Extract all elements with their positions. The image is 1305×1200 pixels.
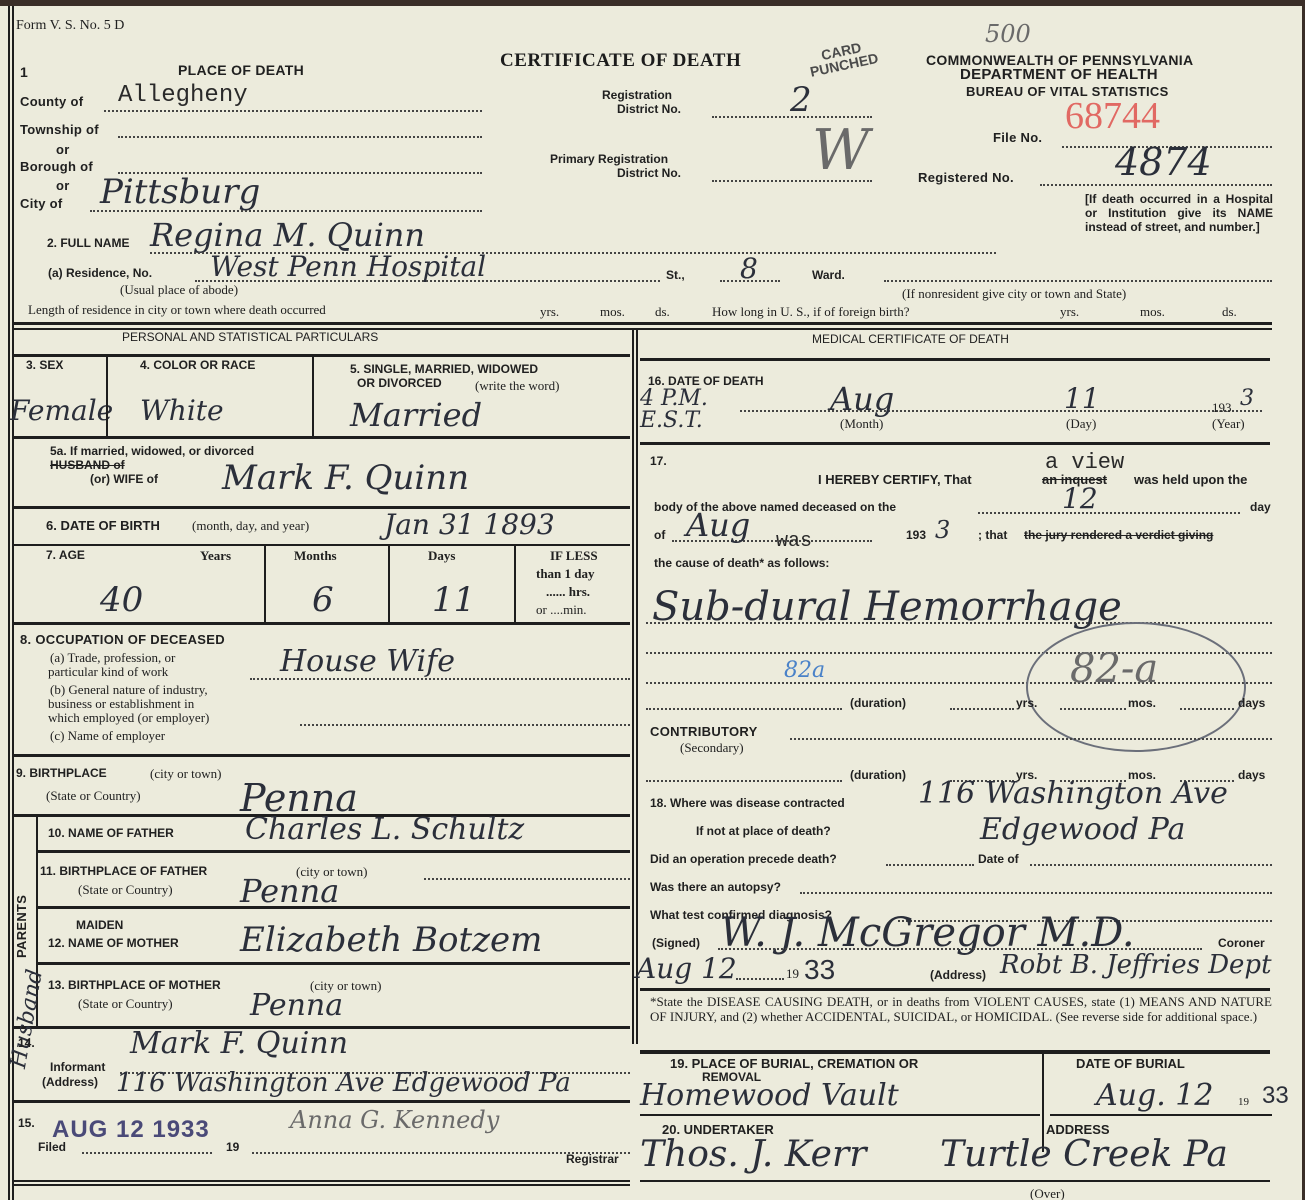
age-years-value: 40	[100, 580, 143, 620]
undertaker-value: Thos. J. Kerr	[640, 1134, 866, 1175]
mos-label: mos.	[1140, 304, 1165, 320]
cause-code-blue: 82a	[784, 658, 825, 683]
yrs-dots	[950, 708, 1014, 710]
mother-name-value: Elizabeth Botzem	[240, 920, 542, 960]
medical-heading: MEDICAL CERTIFICATE OF DEATH	[812, 332, 1009, 346]
time-of-death-value: 4 P.M. E.S.T.	[640, 388, 730, 432]
date-of-death-dots	[740, 410, 1262, 412]
days-label: days	[1238, 768, 1265, 782]
cause-of-death-label: the cause of death* as follows:	[654, 556, 829, 570]
county-value: Allegheny	[118, 82, 248, 109]
row-divider	[38, 962, 630, 965]
certify-number: 17.	[650, 454, 667, 468]
autopsy-dots	[800, 892, 1272, 894]
less-label-3: ...... hrs.	[546, 584, 590, 600]
occupation-label: 8. OCCUPATION OF DECEASED	[20, 632, 225, 647]
mother-birthplace-label: 13. BIRTHPLACE OF MOTHER	[48, 978, 221, 992]
registration-district-value: 2	[790, 80, 812, 120]
certify-that: ; that	[978, 528, 1007, 542]
personal-heading-rule	[12, 354, 630, 357]
parents-side-label: PARENTS	[14, 895, 29, 958]
race-value: White	[140, 394, 224, 427]
registrar-signature: Anna G. Kennedy	[290, 1106, 499, 1134]
usual-abode-note: (Usual place of abode)	[120, 282, 238, 298]
disease-contracted-value-2: Edgewood Pa	[980, 812, 1185, 847]
residence-value: West Penn Hospital	[210, 250, 486, 283]
filed-dots	[82, 1152, 212, 1154]
signed-year-prefix: 19	[786, 966, 799, 982]
occupation-a-label-2: particular kind of work	[48, 664, 168, 680]
col-divider	[312, 356, 314, 436]
contributory-label: CONTRIBUTORY	[650, 724, 758, 739]
disease-contracted-label: 18. Where was disease contracted	[650, 796, 845, 810]
dob-sub-label: (month, day, and year)	[192, 518, 309, 534]
primary-registration-label-2: District No.	[617, 166, 681, 180]
death-year-value: 3	[1240, 386, 1254, 411]
city-label: City of	[20, 196, 63, 211]
length-of-residence-label: Length of residence in city or town wher…	[28, 302, 326, 318]
col-divider	[106, 356, 108, 436]
operation-date-label: Date of	[978, 852, 1019, 866]
signed-date-value: Aug 12	[636, 952, 737, 985]
secondary-label: (Secondary)	[680, 740, 744, 756]
month-label: (Month)	[840, 416, 883, 432]
column-divider-2	[636, 328, 638, 1044]
operation-label: Did an operation precede death?	[650, 852, 837, 866]
birthplace-sub-2: (State or Country)	[46, 788, 141, 804]
days-dots	[1180, 708, 1234, 710]
registered-no-value: 4874	[1115, 140, 1212, 184]
age-label: 7. AGE	[46, 548, 85, 562]
dob-label: 6. DATE OF BIRTH	[46, 518, 160, 533]
filed-number: 15.	[18, 1116, 35, 1130]
occupation-c-label: (c) Name of employer	[50, 728, 165, 744]
burial-year-prefix: 19	[1238, 1096, 1249, 1108]
contributory-dots	[790, 738, 1272, 740]
left-border	[8, 6, 10, 1200]
file-number-stamp: 68744	[1065, 94, 1160, 138]
spouse-label: 5a. If married, widowed, or divorced	[50, 444, 254, 458]
township-label: Township of	[20, 122, 99, 137]
yrs-label: yrs.	[1016, 696, 1037, 710]
row-divider	[640, 442, 1270, 445]
county-label: County of	[20, 94, 83, 109]
less-label: IF LESS	[550, 548, 598, 564]
certificate-title: CERTIFICATE OF DEATH	[500, 50, 741, 72]
duration-label: (duration)	[850, 696, 906, 710]
registration-district-label: Registration	[602, 88, 672, 102]
row-divider	[12, 1180, 630, 1182]
township-dots	[118, 136, 482, 138]
employer-dots	[300, 724, 630, 726]
disease-contracted-value: 116 Washington Ave	[918, 776, 1228, 811]
ds-label: ds.	[1222, 304, 1237, 320]
yrs-label: yrs.	[1060, 304, 1079, 320]
not-at-place-label: If not at place of death?	[696, 824, 831, 838]
primary-registration-value: W	[812, 118, 870, 183]
father-name-value: Charles L. Schultz	[245, 812, 524, 847]
personal-heading: PERSONAL AND STATISTICAL PARTICULARS	[122, 330, 378, 344]
row-divider	[12, 544, 630, 546]
residence-label: (a) Residence, No.	[48, 266, 152, 280]
row-divider	[38, 906, 630, 909]
father-name-label: 10. NAME OF FATHER	[48, 826, 174, 840]
ward-dots	[720, 280, 780, 282]
nonresident-note: (If nonresident give city or town and St…	[902, 286, 1126, 302]
occupation-value: House Wife	[280, 644, 455, 679]
death-year-prefix: 193	[1212, 400, 1232, 416]
burial-divider	[640, 1050, 1270, 1054]
row-divider	[38, 850, 630, 853]
birthplace-sub: (city or town)	[150, 766, 221, 782]
col-divider	[514, 546, 516, 622]
days-label: Days	[428, 548, 455, 564]
file-no-label: File No.	[993, 130, 1042, 145]
or-text: or	[56, 142, 70, 157]
certify-year-prefix: 193	[906, 528, 926, 542]
over-label: (Over)	[1030, 1186, 1065, 1200]
death-month-value: Aug	[830, 380, 894, 418]
age-days-value: 11	[432, 580, 475, 620]
certify-year-value: 3	[935, 516, 950, 544]
autopsy-label: Was there an autopsy?	[650, 880, 781, 894]
less-label-4: or ....min.	[536, 602, 587, 618]
burial-place-label: 19. PLACE OF BURIAL, CREMATION OR	[670, 1056, 918, 1071]
row-divider	[12, 754, 630, 757]
residence-dots	[195, 280, 660, 282]
informant-address-label: (Address)	[42, 1075, 98, 1089]
less-label-2: than 1 day	[536, 566, 595, 582]
mother-birthplace-value: Penna	[250, 988, 343, 1023]
race-label: 4. COLOR OR RACE	[140, 358, 255, 372]
signed-label: (Signed)	[652, 936, 700, 950]
city-value: Pittsburg	[100, 172, 260, 212]
birthplace-label: 9. BIRTHPLACE	[16, 766, 107, 780]
nonresident-dots	[884, 280, 1272, 282]
pencil-note: 500	[985, 20, 1031, 48]
operation-date-dots	[1030, 864, 1272, 866]
row-divider	[12, 622, 630, 625]
marital-label-2: OR DIVORCED	[357, 376, 442, 390]
col-divider	[264, 546, 266, 622]
years-label: Years	[200, 548, 231, 564]
full-name-value: Regina M. Quinn	[150, 216, 425, 254]
duration-dots	[646, 780, 842, 782]
dob-value: Jan 31 1893	[384, 508, 555, 541]
occupation-dots	[250, 678, 630, 680]
duration-label: (duration)	[850, 768, 906, 782]
undertaker-address-value: Turtle Creek Pa	[940, 1134, 1228, 1175]
ds-label: ds.	[655, 304, 670, 320]
death-day-value: 11	[1064, 382, 1100, 415]
certify-insert-was: was	[776, 530, 812, 553]
informant-label: Informant	[50, 1060, 105, 1074]
year-label: (Year)	[1212, 416, 1245, 432]
form-number: Form V. S. No. 5 D	[16, 18, 124, 34]
father-birthplace-dots	[424, 878, 630, 880]
filed-year-prefix: 19	[226, 1140, 239, 1154]
row-divider-2	[12, 1184, 630, 1186]
days-label: days	[1238, 696, 1265, 710]
marital-label: 5. SINGLE, MARRIED, WIDOWED	[350, 362, 538, 376]
city-dots	[90, 210, 482, 212]
certify-day-dots	[978, 512, 1240, 514]
row-divider	[12, 436, 630, 439]
wife-of-label: (or) WIFE of	[90, 472, 158, 486]
father-birthplace-label: 11. BIRTHPLACE OF FATHER	[40, 864, 207, 878]
burial-year-value: 33	[1262, 1082, 1289, 1110]
row-divider	[640, 1114, 1040, 1116]
registered-no-dots	[1040, 184, 1272, 186]
place-of-death-heading: PLACE OF DEATH	[178, 62, 304, 78]
burial-date-value: Aug. 12	[1096, 1078, 1213, 1113]
certify-day-value: 12	[1062, 482, 1098, 515]
spouse-value: Mark F. Quinn	[222, 458, 469, 498]
signed-date-dots	[736, 978, 784, 980]
death-certificate: Form V. S. No. 5 D CERTIFICATE OF DEATH …	[0, 6, 1302, 1200]
maiden-label: MAIDEN	[76, 918, 123, 932]
certify-text: I HEREBY CERTIFY, That	[818, 472, 972, 487]
row-divider	[1050, 1114, 1272, 1116]
hospital-note: [If death occurred in a Hospital or Inst…	[1085, 192, 1273, 234]
certify-day-label: day	[1250, 500, 1271, 514]
agency-line2: DEPARTMENT OF HEALTH	[960, 66, 1158, 83]
st-label: St.,	[666, 268, 685, 282]
informant-name: Mark F. Quinn	[130, 1026, 348, 1061]
months-label: Months	[294, 548, 337, 564]
county-dots	[104, 110, 482, 112]
card-punched-stamp: CARD PUNCHED	[806, 37, 880, 79]
filed-date-stamp: AUG 12 1933	[52, 1116, 210, 1144]
section-divider	[12, 322, 1272, 325]
certify-month-value: Aug	[686, 506, 750, 544]
signed-address-label: (Address)	[930, 968, 986, 982]
ward-label: Ward.	[812, 268, 845, 282]
foreign-birth-label: How long in U. S., if of foreign birth?	[712, 304, 910, 320]
row-divider	[640, 988, 1270, 991]
father-birthplace-sub-2: (State or Country)	[78, 882, 173, 898]
column-divider	[632, 328, 634, 1044]
row-divider	[12, 1100, 630, 1103]
yrs-label: yrs.	[540, 304, 559, 320]
marital-label-3: (write the word)	[475, 378, 559, 394]
operation-dots	[886, 864, 974, 866]
cause-dots-1	[646, 622, 1272, 624]
registrar-label: Registrar	[566, 1152, 619, 1166]
mos-label: mos.	[1128, 696, 1156, 710]
certify-text-2: was held upon the	[1134, 472, 1247, 487]
mother-name-label: 12. NAME OF MOTHER	[48, 936, 179, 950]
burial-place-value: Homewood Vault	[640, 1078, 899, 1113]
sex-value: Female	[10, 394, 113, 427]
age-months-value: 6	[312, 580, 334, 620]
day-label: (Day)	[1066, 416, 1096, 432]
husband-of-label-struck: HUSBAND of	[50, 458, 125, 472]
father-birthplace-value: Penna	[240, 872, 339, 910]
borough-label: Borough of	[20, 159, 93, 174]
col-divider	[388, 546, 390, 622]
primary-registration-label: Primary Registration	[550, 152, 668, 166]
mos-dots	[1060, 708, 1126, 710]
cause-code-circled: 82-a	[1070, 646, 1158, 692]
mother-birthplace-sub-2: (State or Country)	[78, 996, 173, 1012]
burial-date-label: DATE OF BURIAL	[1076, 1056, 1185, 1071]
informant-address: 116 Washington Ave Edgewood Pa	[116, 1068, 571, 1098]
medical-heading-rule	[640, 358, 1270, 361]
section-1-number: 1	[20, 64, 28, 80]
informant-number: 14.	[18, 1036, 35, 1050]
occupation-b-label-3: which employed (or employer)	[48, 710, 209, 726]
or-text: or	[56, 178, 70, 193]
registration-district-label-2: District No.	[617, 102, 681, 116]
row-divider	[640, 1180, 1270, 1182]
coroner-label: Coroner	[1218, 936, 1265, 950]
certify-struck-jury: the jury rendered a verdict giving	[1024, 528, 1213, 542]
full-name-label: 2. FULL NAME	[47, 236, 129, 250]
registered-no-label: Registered No.	[918, 170, 1014, 185]
duration-dots	[646, 708, 842, 710]
sex-label: 3. SEX	[26, 358, 63, 372]
signed-address-value: Robt B. Jeffries Dept	[1000, 950, 1272, 980]
signed-year-value: 33	[804, 954, 835, 986]
marital-value: Married	[350, 396, 482, 434]
mos-label: mos.	[600, 304, 625, 320]
cause-footnote: *State the DISEASE CAUSING DEATH, or in …	[650, 994, 1272, 1024]
certify-of: of	[654, 528, 665, 542]
